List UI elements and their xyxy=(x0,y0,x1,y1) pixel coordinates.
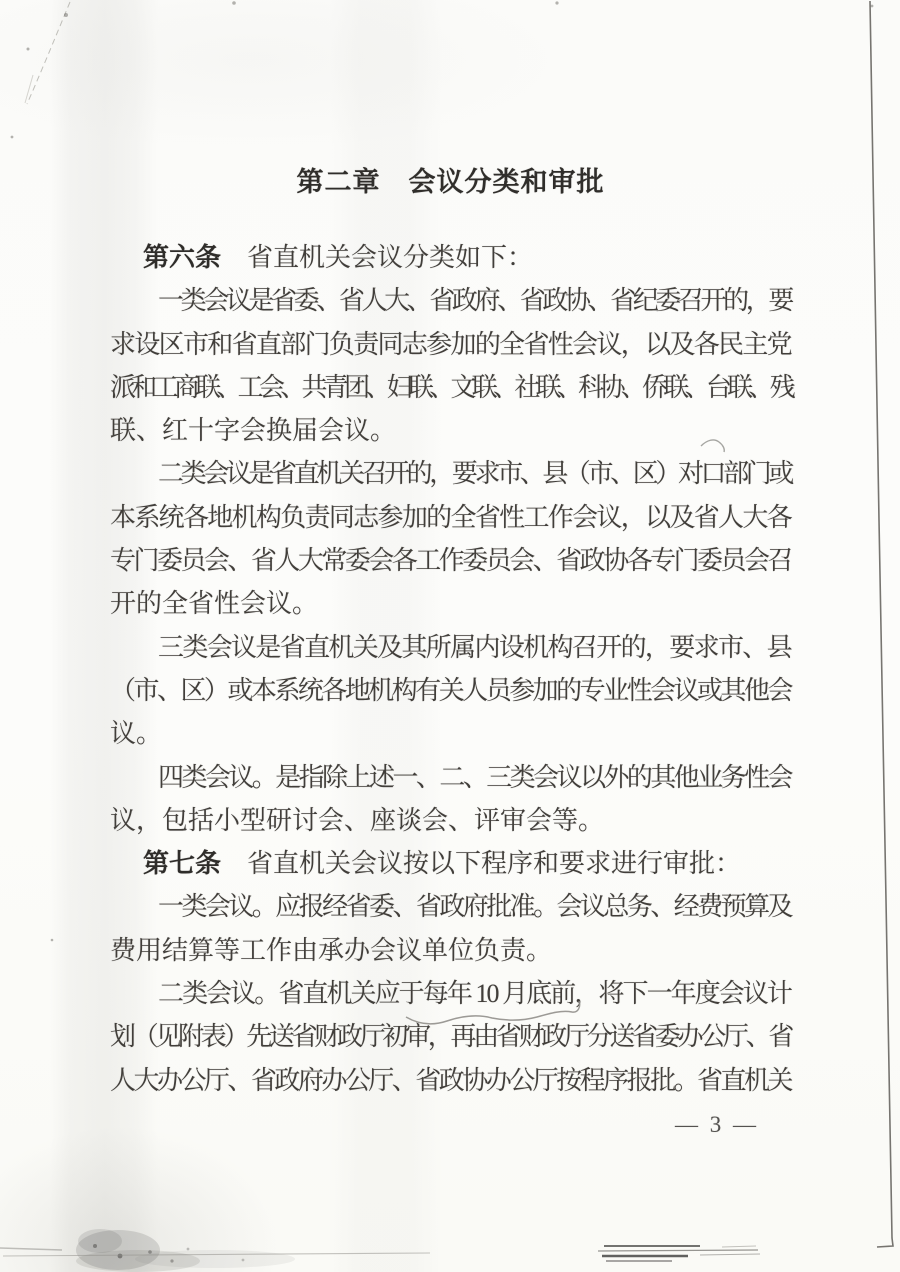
document-line: 专门委员会、省人大常委会各工作委员会、省政协各专门委员会召 xyxy=(110,539,791,582)
document-line: 一类会议是省委、省人大、省政府、省政协、省纪委召开的，要 xyxy=(110,279,791,322)
article-number: 第七条 xyxy=(143,849,221,878)
document-line: （市、区）或本系统各地机构有关人员参加的专业性会议或其他会 xyxy=(110,669,791,712)
document-line: 费用结算等工作由承办会议单位负责。 xyxy=(110,929,791,972)
scan-streak-marks xyxy=(598,1246,760,1261)
paper-edge-line xyxy=(870,1,893,1247)
scratch-line-2 xyxy=(25,75,33,103)
document-line: 联、红十字会换届会议。 xyxy=(110,409,791,452)
document-line: 二类会议。省直机关应于每年 10 月底前，将下一年度会议计 xyxy=(110,972,791,1015)
scratch-line xyxy=(27,2,70,104)
document-line: 三类会议是省直机关及其所属内设机构召开的，要求市、县 xyxy=(110,626,791,669)
document-line: 二类会议是省直机关召开的，要求市、县（市、区）对口部门或 xyxy=(110,452,791,495)
document-line: 议，包括小型研讨会、座谈会、评审会等。 xyxy=(110,799,791,842)
document-line: 议。 xyxy=(110,712,791,755)
document-line: 人大办公厅、省政府办公厅、省政协办公厅按程序报批。省直机关 xyxy=(110,1059,791,1102)
page-number: — 3 — xyxy=(657,1108,777,1142)
document-line: 派和工商联、工会、共青团、妇联、文联、社联、科协、侨联、台联、残 xyxy=(110,366,791,409)
paragraph-lines: 第六条 省直机关会议分类如下：一类会议是省委、省人大、省政府、省政协、省纪委召开… xyxy=(110,236,791,1102)
document-line: 第六条 省直机关会议分类如下： xyxy=(110,236,791,279)
document-line: 四类会议。是指除上述一、二、三类会议以外的其他业务性会 xyxy=(110,756,791,799)
document-line: 本系统各地机构负责同志参加的全省性工作会议，以及省人大各 xyxy=(110,496,791,539)
chapter-title: 第二章 会议分类和审批 xyxy=(110,160,791,204)
document-line: 第七条 省直机关会议按以下程序和要求进行审批： xyxy=(110,842,791,885)
document-line: 求设区市和省直部门负责同志参加的全省性会议，以及各民主党 xyxy=(110,323,791,366)
document-line: 开的全省性会议。 xyxy=(110,582,791,625)
document-body: 第二章 会议分类和审批 第六条 省直机关会议分类如下：一类会议是省委、省人大、省… xyxy=(110,160,791,1102)
article-number: 第六条 xyxy=(143,243,221,272)
document-line: 一类会议。应报经省委、省政府批准。会议总务、经费预算及 xyxy=(110,885,791,928)
scanned-document-page: 第二章 会议分类和审批 第六条 省直机关会议分类如下：一类会议是省委、省人大、省… xyxy=(0,0,900,1272)
document-line: 划（见附表）先送省财政厅初审，再由省财政厅分送省委办公厅、省 xyxy=(110,1015,791,1058)
ink-smudge xyxy=(0,1229,430,1272)
